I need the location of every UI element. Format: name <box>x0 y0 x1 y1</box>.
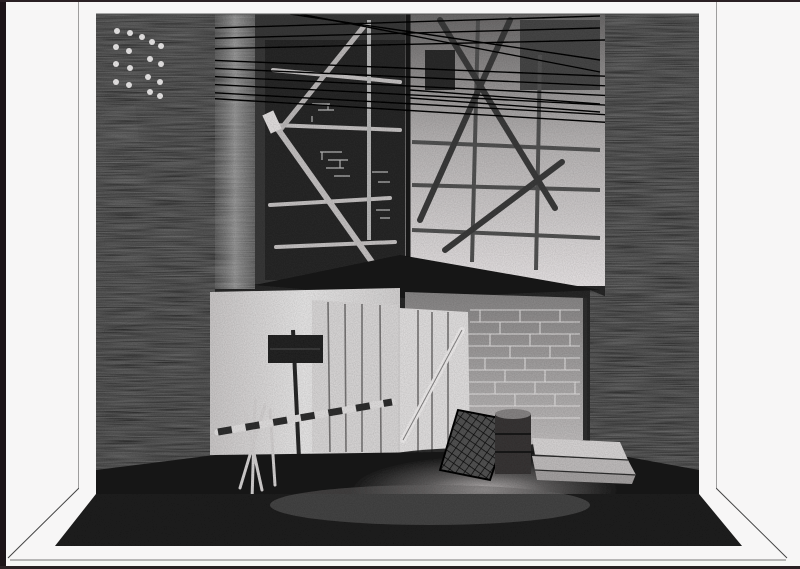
right-lattice-window <box>405 14 605 286</box>
oil-drum <box>495 409 531 474</box>
left-pillar <box>215 14 255 289</box>
lumber-stack <box>532 438 636 484</box>
plank-door <box>312 300 470 458</box>
right-wing-wall <box>590 14 699 494</box>
stage-picture <box>55 14 742 546</box>
left-edge-strip <box>0 0 6 569</box>
stage-design-drawing <box>0 0 800 569</box>
left-wing-wall <box>96 14 215 494</box>
